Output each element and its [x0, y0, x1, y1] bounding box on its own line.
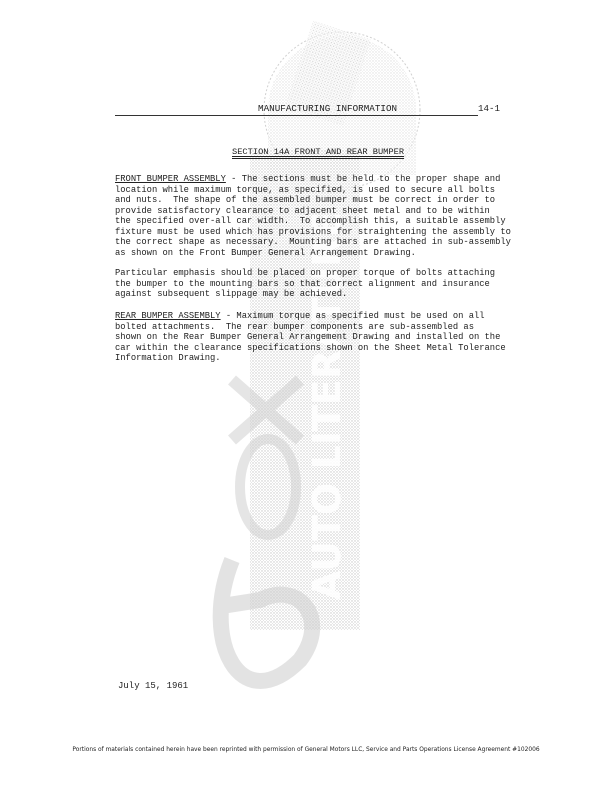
paragraph-lead: FRONT BUMPER ASSEMBLY [115, 174, 226, 184]
section-title: SECTION 14A FRONT AND REAR BUMPER [232, 147, 404, 157]
header-title: MANUFACTURING INFORMATION [258, 103, 397, 114]
license-footer: Portions of materials contained herein h… [0, 747, 612, 753]
page-number: 14-1 [478, 103, 500, 114]
paragraph-lead: REAR BUMPER ASSEMBLY [115, 311, 221, 321]
page-header: MANUFACTURING INFORMATION 14-1 [115, 103, 515, 117]
faxon-watermark: AUTO LITERATURE [0, 0, 612, 792]
document-date: July 15, 1961 [118, 681, 188, 691]
paragraph-emphasis: Particular emphasis should be placed on … [115, 268, 520, 300]
paragraph-rear-bumper: REAR BUMPER ASSEMBLY - Maximum torque as… [115, 311, 520, 364]
paragraph-front-bumper: FRONT BUMPER ASSEMBLY - The sections mus… [115, 174, 520, 258]
header-rule [115, 115, 478, 116]
